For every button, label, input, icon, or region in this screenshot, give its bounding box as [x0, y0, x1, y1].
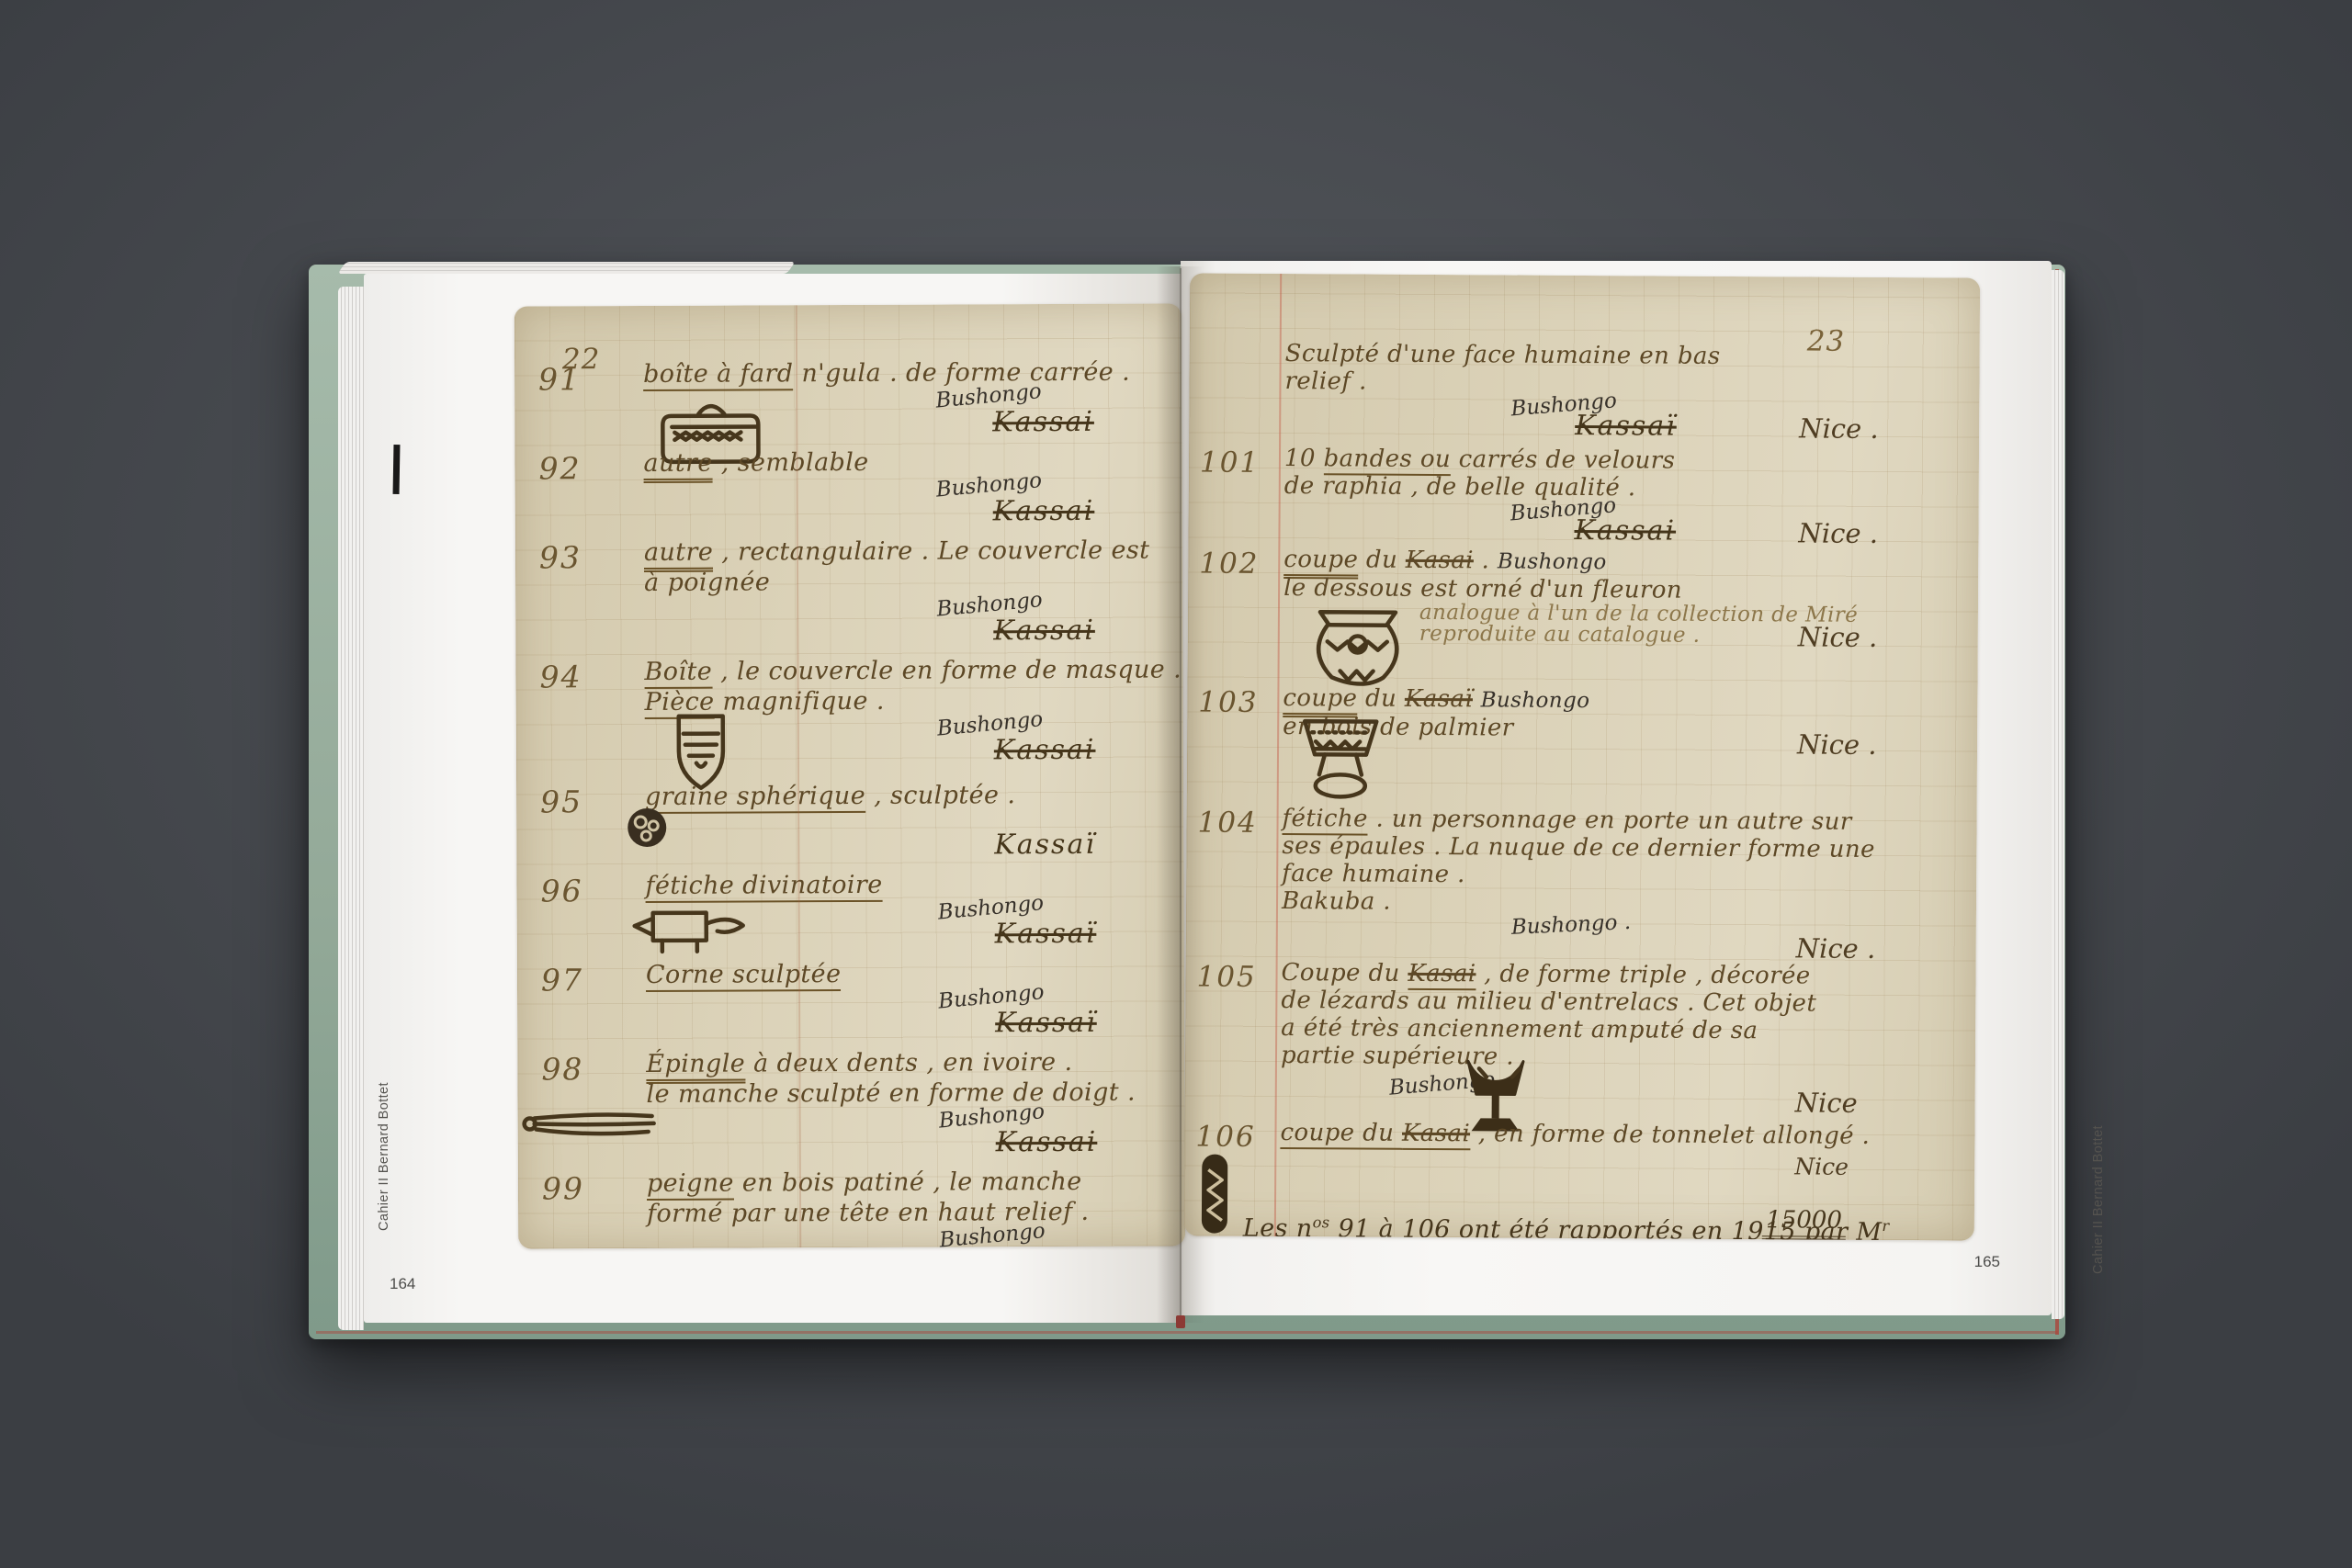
entry-attribution: BushongoKassaiNice . — [1283, 500, 1978, 547]
entry-attribution: BushongoKassaïNice — [647, 1226, 1185, 1248]
handwriting-segment: Bakuba . — [1282, 887, 1391, 916]
entry-number: 102 — [1199, 547, 1259, 580]
handwriting-line: ses épaules . La nuque de ce dernier for… — [1282, 832, 1976, 864]
entry-body: boîte à fard n'gula . de forme carrée .B… — [643, 356, 1182, 445]
handwriting-segment: peigne — [647, 1169, 734, 1201]
handwriting-segment: Kasai — [1402, 1120, 1470, 1150]
handwriting-segment: , rectangulaire . Le couvercle est — [713, 536, 1149, 567]
handwriting-segment: Coupe du — [1281, 959, 1408, 987]
left-folio-number: 164 — [390, 1275, 415, 1293]
catalog-entry-97: 97Corne sculptéeBushongoKassaïNice . — [517, 957, 1184, 1045]
entry-body: coupe du Kasaï Bushongoen bois de palmie… — [1283, 684, 1978, 806]
notebook-scan-right: 23 Sculpté d'une face humaine en basreli… — [1184, 273, 1980, 1240]
handwriting-segment: fétiche divinatoire — [645, 871, 882, 903]
entry-number: 97 — [541, 962, 583, 998]
entry-number: 96 — [540, 873, 582, 908]
barrel-sketch — [1197, 1149, 1233, 1240]
entry-number: 101 — [1200, 446, 1260, 479]
city-label: Nice . — [1796, 932, 1876, 964]
entry-number: 95 — [540, 784, 582, 819]
entry-number: 103 — [1198, 685, 1258, 718]
handwriting-segment: partie supérieure . — [1281, 1042, 1514, 1071]
handwriting-segment: os — [1313, 1213, 1330, 1231]
entry-attribution: BushongoKassaiNice — [645, 715, 1183, 778]
entry-attribution: KassaïNice . — [645, 809, 1183, 867]
catalog-entry-95: 95graine sphérique , sculptée .KassaïNic… — [516, 779, 1183, 867]
handwriting-segment: Kasai — [1406, 547, 1474, 574]
acquisition-footnote: Les nos 91 à 106 ont été rapportés en 19… — [1243, 1207, 1974, 1241]
entry-body: graine sphérique , sculptée .KassaïNice … — [645, 779, 1183, 867]
entry-attribution: Bushongo .Nice . — [1282, 915, 1976, 960]
entry-attribution: BushongoNice — [1281, 1069, 1975, 1120]
handwriting-line: coupe du Kasai . Bushongo — [1283, 546, 1978, 579]
handwriting-line: à poignée — [644, 565, 1182, 598]
handwriting-segment: face humaine . — [1282, 860, 1465, 888]
right-margin-caption: Cahier II Bernard Bottet — [2091, 1125, 2106, 1274]
handwriting-line: autre , semblable — [643, 446, 1182, 479]
handwriting-segment: du — [1358, 547, 1406, 574]
entry-body: coupe du Kasai , en forme de tonnelet al… — [1280, 1119, 1975, 1202]
handwriting-segment: reproduite au catalogue . — [1419, 622, 1701, 648]
entry-body: Épingle à deux dents , en ivoire .le man… — [646, 1046, 1185, 1165]
entry-attribution: Nice — [1280, 1146, 1974, 1202]
handwriting-line: Corne sculptée — [646, 957, 1184, 990]
catalog-entry-106: 106coupe du Kasai , en forme de tonnelet… — [1184, 1118, 1975, 1201]
handwriting-line: 10 bandes ou carrés de velours — [1284, 445, 1979, 477]
catalog-entry-continuation: Sculpté d'une face humaine en basrelief … — [1189, 339, 1980, 445]
spine-line — [1180, 268, 1182, 1321]
city-label: Nice . — [1797, 728, 1877, 761]
entry-number: 93 — [539, 539, 582, 575]
handwriting-segment: r — [1882, 1217, 1889, 1235]
entry-body: fétiche divinatoireBushongoKassaïNice . — [645, 868, 1183, 956]
entry-attribution: BushongoKassaiNice . — [644, 595, 1182, 653]
handwriting-segment: Corne sculptée — [646, 960, 842, 992]
city-label: Nice . — [1798, 621, 1878, 653]
handwriting-segment: à deux dents , en ivoire . — [745, 1048, 1073, 1078]
tribe-annotation: Bushongo — [1388, 1067, 1496, 1100]
catalog-entry-96: 96fétiche divinatoireBushongoKassaïNice … — [516, 868, 1183, 956]
origin-label: Kassai — [1574, 514, 1676, 547]
catalog-entry-102: 102coupe du Kasai . Bushongole dessous e… — [1188, 545, 1979, 684]
entry-attribution: BushongoKassaiNice — [643, 387, 1182, 445]
fore-edge-ink-mark — [393, 445, 401, 494]
handwriting-segment: Bushongo — [1481, 688, 1590, 713]
entry-body: fétiche . un personnage en porte un autr… — [1282, 805, 1977, 960]
right-folio-number: 165 — [1974, 1253, 2000, 1271]
handwriting-line: fétiche divinatoire — [645, 868, 1183, 901]
handwriting-segment: a été très anciennement amputé de sa — [1281, 1014, 1758, 1044]
origin-label: Kassai — [993, 615, 1095, 647]
handwriting-segment: en bois de palmier — [1283, 713, 1514, 742]
catalog-entry-101: 10110 bandes ou carrés de veloursde raph… — [1188, 444, 1979, 546]
catalog-entry-104: 104fétiche . un personnage en porte un a… — [1186, 804, 1977, 959]
entry-body: autre , semblableBushongoKassaiNice . — [643, 446, 1182, 534]
origin-label: Kassaï — [995, 1007, 1097, 1039]
catalog-entry-91: 91boîte à fard n'gula . de forme carrée … — [514, 356, 1182, 445]
handwriting-segment: relief . — [1284, 367, 1366, 396]
handwriting-segment: de lézards au milieu d'entrelacs . Cet o… — [1281, 987, 1816, 1018]
entry-attribution: BushongoKassaiNice . — [647, 1107, 1185, 1165]
pin-sketch — [520, 1110, 660, 1142]
handwriting-line: Coupe du Kasai , de forme triple , décor… — [1281, 959, 1975, 991]
entry-number: 91 — [538, 361, 581, 397]
handwriting-segment: n'gula . de forme carrée . — [793, 358, 1130, 389]
entry-body: Coupe du Kasai , de forme triple , décor… — [1281, 959, 1976, 1120]
entry-number: 99 — [542, 1170, 584, 1206]
entry-body: autre , rectangulaire . Le couvercle est… — [644, 535, 1183, 653]
handwriting-segment: graine sphérique — [645, 782, 865, 814]
city-label: Nice . — [1798, 517, 1878, 549]
handwriting-segment: , en forme de tonnelet allongé . — [1470, 1120, 1870, 1150]
origin-label: Kassaï — [1575, 410, 1677, 443]
catalog-entry-93: 93autre , rectangulaire . Le couvercle e… — [515, 535, 1183, 653]
catalog-entry-98: 98Épingle à deux dents , en ivoire .le m… — [517, 1046, 1185, 1165]
entry-body: Corne sculptéeBushongoKassaïNice . — [646, 957, 1184, 1045]
handwriting-line: boîte à fard n'gula . de forme carrée . — [643, 356, 1182, 389]
handwriting-line: de raphia , de belle qualité . — [1284, 472, 1979, 504]
handwriting-segment: bandes ou — [1323, 445, 1451, 476]
left-margin-caption: Cahier II Bernard Bottet — [377, 1082, 391, 1231]
handwriting-segment: , sculptée . — [865, 781, 1015, 810]
handwriting-segment: magnifique . — [714, 687, 884, 716]
entry-body: coupe du Kasai . Bushongole dessous est … — [1283, 546, 1979, 685]
handwriting-segment: le manche sculpté en forme de doigt . — [646, 1078, 1136, 1109]
city-label: Nice — [1794, 1153, 1849, 1179]
city-label: Nice . — [1799, 412, 1879, 445]
entry-number: 106 — [1195, 1120, 1255, 1153]
catalog-entry-105: 105Coupe du Kasai , de forme triple , dé… — [1185, 958, 1976, 1119]
origin-label: Kassaï — [994, 829, 1096, 861]
entry-body: Sculpté d'une face humaine en basrelief … — [1284, 340, 1980, 446]
handwriting-segment: Kasaï — [1405, 685, 1473, 713]
catalog-entry-99: 99peigne en bois patiné , le mancheformé… — [518, 1166, 1185, 1248]
handwriting-segment: carrés de velours — [1451, 446, 1675, 474]
city-label: Nice — [1795, 1087, 1858, 1118]
handwriting-segment: , de forme triple , décorée — [1476, 960, 1810, 989]
handwriting-segment: le dessous est orné d'un fleuron — [1283, 574, 1682, 604]
handwriting-segment: . un personnage en porte un autre sur — [1368, 806, 1852, 836]
handwriting-segment: du — [1357, 685, 1405, 713]
origin-label: Kassai — [992, 406, 1094, 438]
origin-label: Kassaï — [995, 918, 1097, 950]
tribe-annotation: Bushongo . — [1510, 910, 1631, 940]
catalog-entry-92: 92autre , semblableBushongoKassaiNice . — [514, 446, 1182, 534]
handwriting-segment: en bois patiné , le manche — [734, 1168, 1082, 1198]
handwriting-line: coupe du Kasaï Bushongo — [1283, 684, 1977, 717]
entry-number: 98 — [541, 1051, 583, 1087]
handwriting-line: relief . — [1284, 367, 1979, 400]
entry-number: 92 — [538, 450, 581, 486]
handwriting-segment: 10 — [1284, 445, 1324, 472]
entry-attribution: BushongoKassaïNice . — [646, 987, 1184, 1045]
handwriting-line: graine sphérique , sculptée . — [645, 779, 1183, 812]
entry-attribution: Nice . — [1283, 740, 1977, 806]
entry-number: 105 — [1196, 960, 1256, 993]
handwriting-segment: Pièce — [645, 688, 715, 719]
entry-number: 104 — [1197, 806, 1257, 839]
handwriting-line: coupe du Kasai , en forme de tonnelet al… — [1280, 1119, 1974, 1151]
handwriting-line: Boîte , le couvercle en forme de masque … — [644, 654, 1182, 687]
handwriting-segment: Sculpté d'une face humaine en bas — [1285, 340, 1721, 370]
handwriting-segment: à poignée — [644, 568, 770, 597]
handwriting-line: de lézards au milieu d'entrelacs . Cet o… — [1281, 987, 1975, 1019]
handwriting-segment: , le couvercle en forme de masque . — [712, 655, 1182, 685]
handwriting-segment: Boîte — [644, 658, 712, 689]
handwriting-line: Épingle à deux dents , en ivoire . — [646, 1046, 1184, 1079]
catalog-entry-103: 103coupe du Kasaï Bushongoen bois de pal… — [1187, 683, 1978, 805]
handwriting-line: autre , rectangulaire . Le couvercle est — [644, 535, 1182, 568]
handwriting-line: Les nos 91 à 106 ont été rapportés en 19… — [1243, 1207, 1974, 1241]
entry-attribution: Nice . — [1283, 644, 1978, 685]
red-bookmark-thread — [1176, 1315, 1185, 1328]
origin-label: Kassai — [996, 1126, 1098, 1158]
photo-of-open-book: Cahier II Bernard Bottet 164 Cahier II B… — [0, 0, 2352, 1568]
handwriting-segment: Kasai — [1408, 960, 1476, 990]
handwriting-segment: , semblable — [713, 448, 869, 478]
handwriting-line: Sculpté d'une face humaine en bas — [1285, 340, 1980, 372]
entry-body: 10 bandes ou carrés de veloursde raphia … — [1283, 445, 1979, 547]
origin-label: Kassai — [994, 734, 1096, 766]
handwriting-line: face humaine . — [1282, 860, 1976, 892]
entry-body: peigne en bois patiné , le mancheformé p… — [647, 1166, 1185, 1248]
price-amount: 15000 — [1762, 1206, 1846, 1240]
handwriting-line: Pièce magnifique . — [645, 684, 1183, 717]
handwriting-segment: . — [1474, 547, 1498, 574]
handwriting-segment: fétiche — [1282, 805, 1367, 836]
handwriting-line: partie supérieure . — [1281, 1042, 1975, 1074]
handwriting-line: a été très anciennement amputé de sa — [1281, 1014, 1975, 1046]
origin-label: Kassai — [993, 495, 1095, 527]
entry-attribution: BushongoKassaïNice . — [646, 898, 1184, 956]
handwriting-line: formé par une tête en haut relief . — [647, 1196, 1185, 1229]
handwriting-line: fétiche . un personnage en porte un autr… — [1282, 805, 1976, 837]
entry-attribution: BushongoKassaiNice . — [644, 476, 1182, 534]
handwriting-segment: coupe du — [1280, 1119, 1402, 1150]
catalog-entry-94: 94Boîte , le couvercle en forme de masqu… — [515, 654, 1183, 778]
handwriting-line: peigne en bois patiné , le manche — [647, 1166, 1185, 1199]
entry-number: 94 — [539, 659, 582, 694]
entry-attribution: BushongoKassaïNice . — [1284, 395, 1979, 446]
handwriting-line: le manche sculpté en forme de doigt . — [646, 1077, 1184, 1110]
handwriting-segment: boîte à fard — [643, 359, 794, 391]
handwriting-segment: Bushongo — [1498, 549, 1607, 574]
entry-body: Boîte , le couvercle en forme de masque … — [644, 654, 1183, 778]
notebook-scan-left: 22 91boîte à fard n'gula . de forme carr… — [514, 303, 1185, 1248]
handwriting-segment: ses épaules . La nuque de ce dernier for… — [1282, 832, 1875, 863]
